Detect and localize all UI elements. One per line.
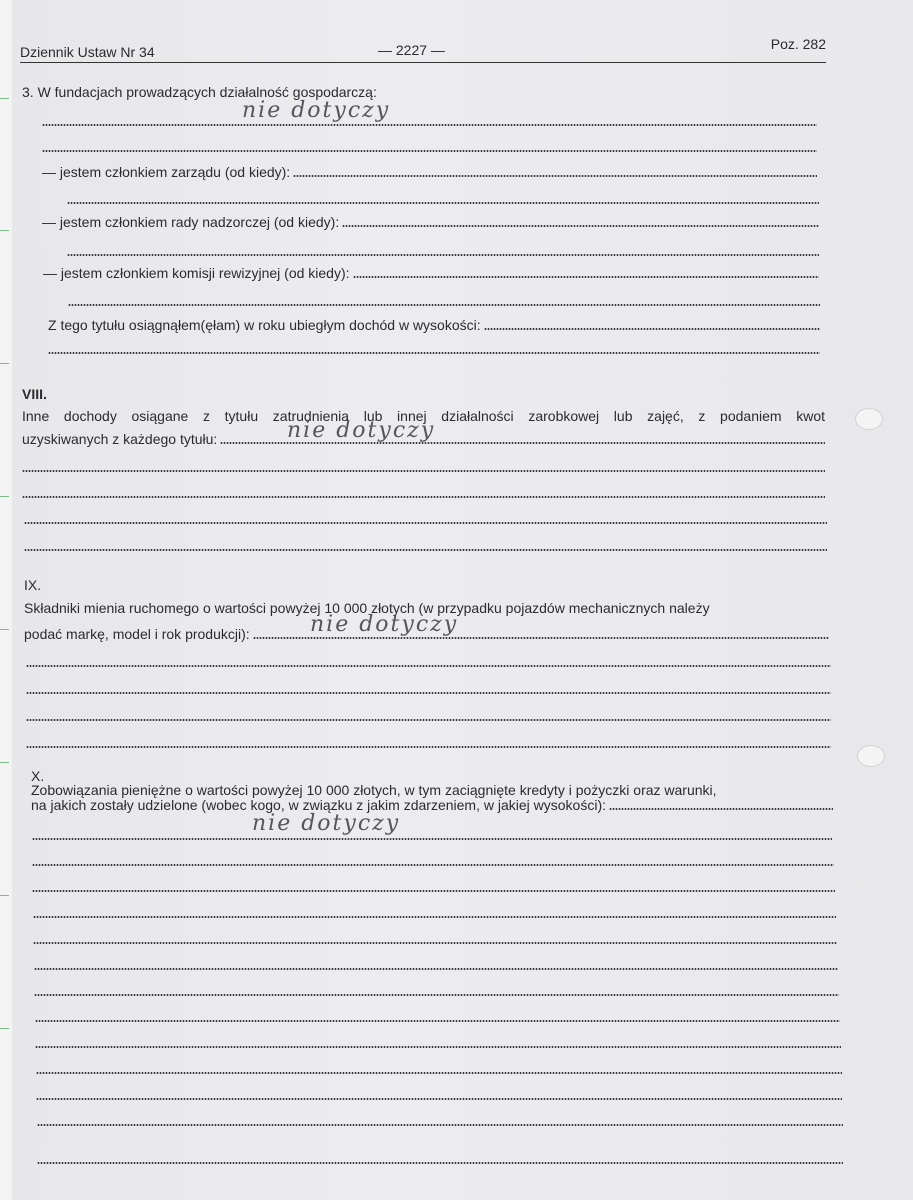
section-x-field[interactable]: na jakich zostały udzielone (wobec kogo,… [31,797,833,813]
fill-line[interactable] [48,352,820,354]
journal-title: Dziennik Ustaw Nr 34 [20,44,155,60]
fill-line[interactable] [32,864,834,866]
fill-line[interactable] [68,304,820,306]
fill-line[interactable] [42,124,817,126]
margin-tick [0,363,9,364]
fill-line[interactable] [22,470,825,472]
fill-line[interactable] [37,1162,843,1164]
handwritten-answer: nie dotyczy [252,811,400,836]
handwritten-answer: nie dotyczy [310,612,458,637]
page-number: — 2227 — [378,42,445,58]
fill-line[interactable] [33,942,837,944]
fill-line[interactable] [35,1020,840,1022]
margin-tick [0,895,9,896]
section-viii-heading: VIII. [22,386,47,402]
margin-tick [0,762,9,763]
position-number: Poz. 282 [771,36,826,52]
handwritten-answer: nie dotyczy [242,98,390,123]
fill-line[interactable] [36,1098,842,1100]
page-header: Dziennik Ustaw Nr 34 — 2227 — Poz. 282 [20,36,826,63]
fill-line[interactable] [22,496,825,498]
fill-line[interactable] [32,838,832,840]
fill-dots[interactable] [253,637,829,639]
fill-line[interactable] [26,746,831,748]
margin-tick [0,629,9,630]
fill-line[interactable] [26,719,831,721]
board-member-field[interactable]: — jestem członkiem zarządu (od kiedy): [42,164,817,180]
fill-dots[interactable] [353,276,819,278]
fill-line[interactable] [67,202,819,204]
fill-dots[interactable] [293,175,817,177]
margin-tick [0,230,9,231]
fill-line[interactable] [24,549,827,551]
fill-line[interactable] [32,890,835,892]
fill-line[interactable] [37,1124,843,1126]
fill-line[interactable] [34,994,839,996]
fill-line[interactable] [35,1046,841,1048]
punch-hole [857,745,885,767]
fill-dots[interactable] [609,808,833,810]
fill-line[interactable] [24,522,827,524]
margin-tick [0,1028,9,1029]
fill-line[interactable] [26,692,831,694]
fill-line[interactable] [34,968,838,970]
fill-dots[interactable] [342,225,819,227]
margin-tick [0,496,9,497]
fill-line[interactable] [26,665,831,667]
fill-line[interactable] [33,916,836,918]
margin-tick [0,98,9,99]
punch-hole [855,408,883,430]
audit-committee-field[interactable]: — jestem członkiem komisji rewizyjnej (o… [43,265,819,281]
fill-line[interactable] [67,254,819,256]
fill-dots[interactable] [484,328,820,330]
section-x-text: Zobowiązania pieniężne o wartości powyże… [31,782,833,798]
section-ix-heading: IX. [24,577,41,593]
document-page: Dziennik Ustaw Nr 34 — 2227 — Poz. 282 3… [12,0,913,1200]
supervisory-board-field[interactable]: — jestem członkiem rady nadzorczej (od k… [42,214,819,230]
fill-line[interactable] [36,1072,842,1074]
handwritten-answer: nie dotyczy [287,418,435,443]
fill-line[interactable] [42,150,817,152]
income-field[interactable]: Z tego tytułu osiągnąłem(ęłam) w roku ub… [48,317,820,333]
